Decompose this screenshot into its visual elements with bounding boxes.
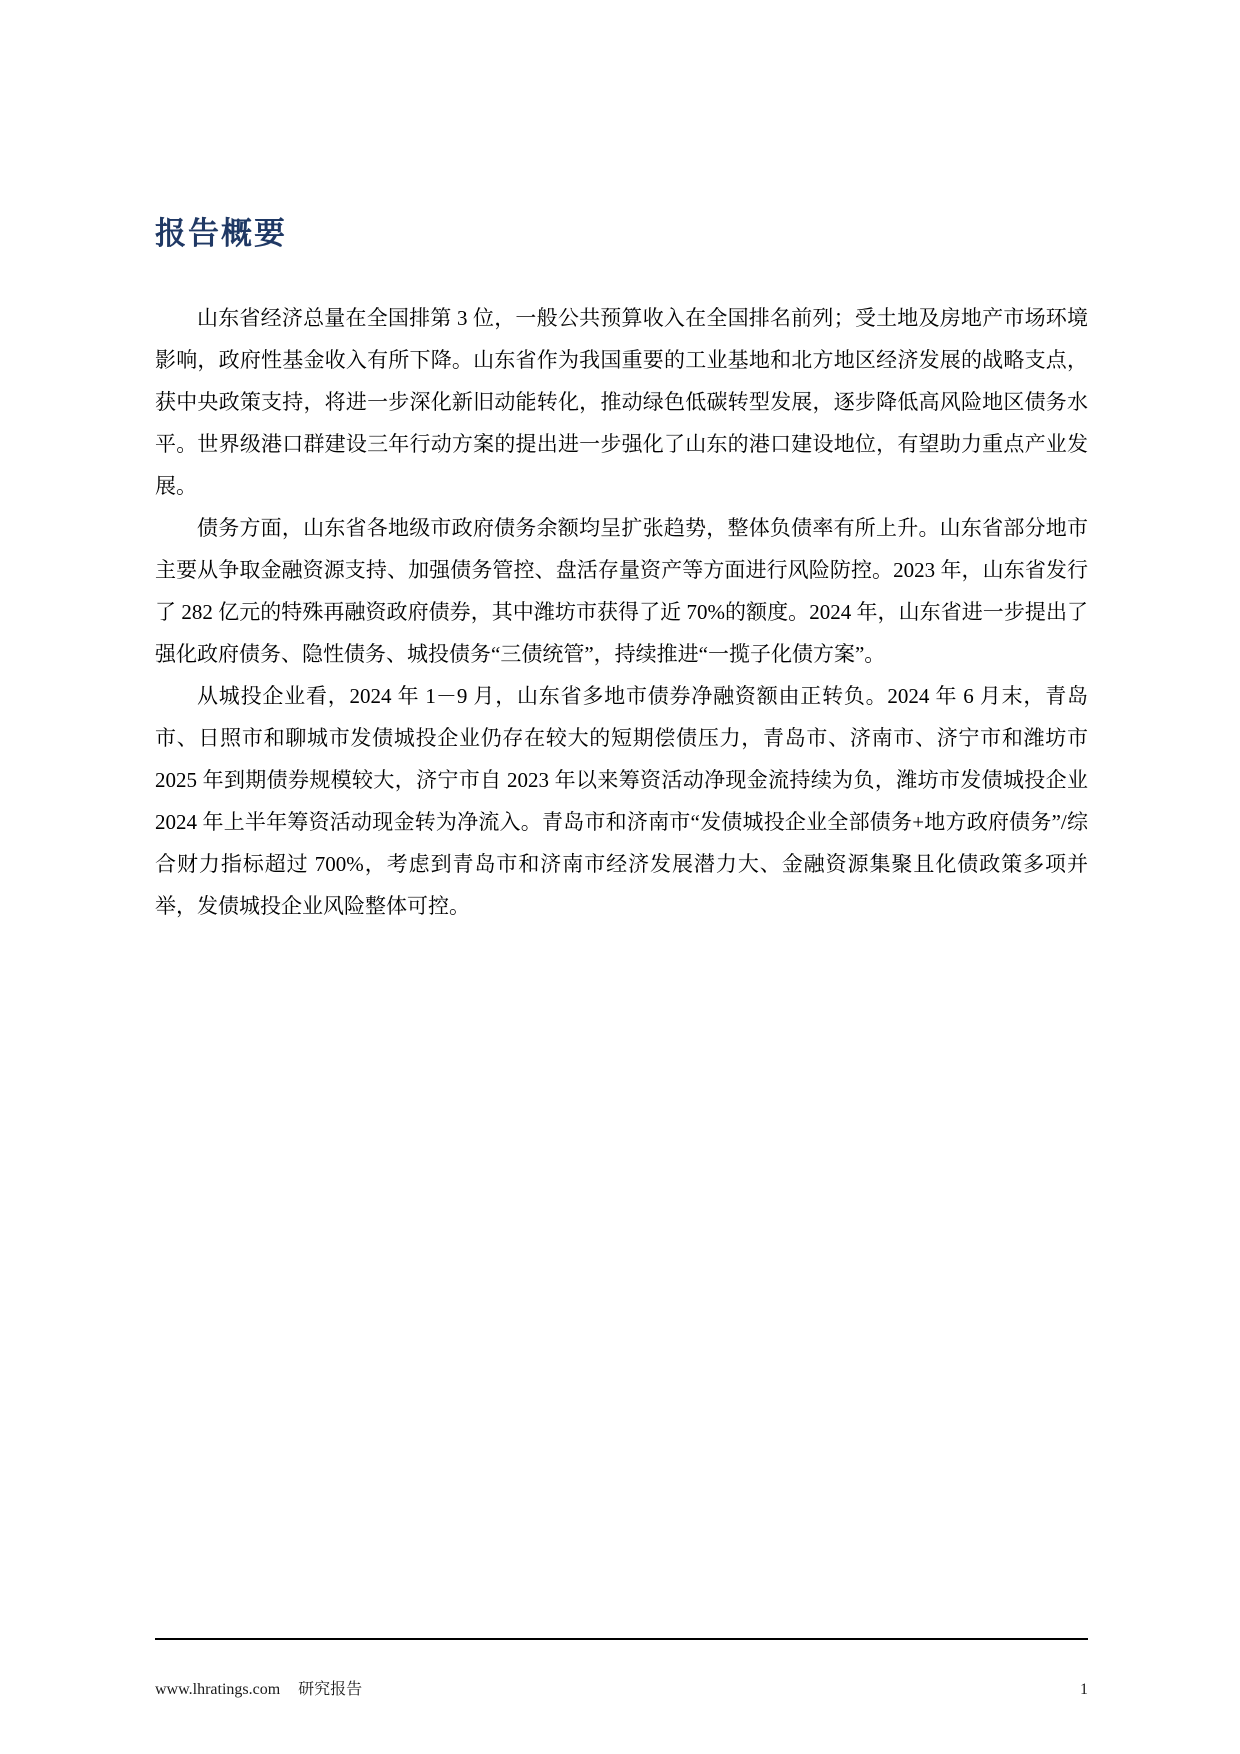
footer-website-url: www.lhratings.com bbox=[155, 1681, 280, 1699]
footer-left: www.lhratings.com 研究报告 bbox=[155, 1676, 362, 1699]
page-footer: www.lhratings.com 研究报告 1 bbox=[155, 1638, 1088, 1699]
summary-paragraph-1: 山东省经济总量在全国排第 3 位，一般公共预算收入在全国排名前列；受土地及房地产… bbox=[155, 297, 1088, 507]
page-number: 1 bbox=[1080, 1681, 1088, 1699]
summary-paragraph-2: 债务方面，山东省各地级市政府债务余额均呈扩张趋势，整体负债率有所上升。山东省部分… bbox=[155, 507, 1088, 675]
page-title: 报告概要 bbox=[155, 208, 1088, 253]
report-content: 报告概要 山东省经济总量在全国排第 3 位，一般公共预算收入在全国排名前列；受土… bbox=[155, 208, 1088, 927]
report-page: 报告概要 山东省经济总量在全国排第 3 位，一般公共预算收入在全国排名前列；受土… bbox=[0, 0, 1240, 1754]
summary-body: 山东省经济总量在全国排第 3 位，一般公共预算收入在全国排名前列；受土地及房地产… bbox=[155, 297, 1088, 927]
footer-row: www.lhratings.com 研究报告 1 bbox=[155, 1640, 1088, 1699]
summary-paragraph-3: 从城投企业看，2024 年 1－9 月，山东省多地市债券净融资额由正转负。202… bbox=[155, 675, 1088, 927]
footer-report-type-label: 研究报告 bbox=[298, 1676, 362, 1699]
